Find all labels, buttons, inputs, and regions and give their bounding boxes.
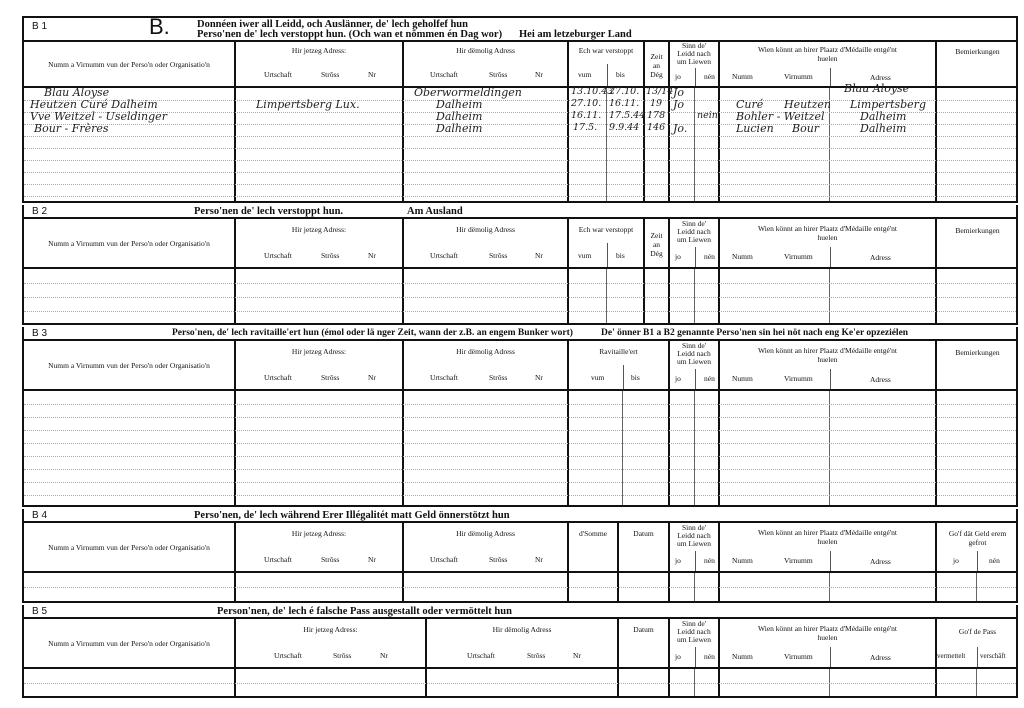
section-title-line2: Perso'nen de' lech verstoppt hun. (Och w…: [197, 29, 502, 40]
header-former-address: Hir dëmolig Adress Urtschaft Strôss Nr: [404, 341, 569, 389]
cell-days: 19: [650, 98, 662, 109]
header-name: Numm a Virnumm vun der Perso'n oder Orga…: [24, 341, 236, 389]
cell-yes: Jo.: [673, 122, 687, 135]
section-b5-body: [24, 667, 1016, 696]
cell-medal-last: Lucien: [736, 122, 774, 135]
header-date: Datum: [619, 523, 670, 571]
cell-former: Dalheim: [436, 122, 482, 135]
cell-from: 27.10.: [571, 98, 601, 109]
section-b5: B 5 Person'nen, de' lech é falsche Pass …: [22, 605, 1018, 698]
header-medal: Wien könnt an hirer Plaatz d'Médaille en…: [720, 523, 937, 571]
section-b5-titlebar: B 5 Person'nen, de' lech é falsche Pass …: [24, 605, 1016, 619]
header-days: Zeit an Dég: [645, 42, 670, 86]
section-id: B 4: [32, 510, 47, 521]
header-days: Zeit an Dég: [645, 219, 670, 267]
cell-from: 17.5.: [573, 122, 597, 133]
cell-days: 178: [647, 110, 665, 121]
header-name: Numm a Virnumm vun der Perso'n oder Orga…: [24, 523, 236, 571]
header-supplied-period: Ravitaille'ert vum bis: [569, 341, 670, 389]
header-name: Numm a Virnumm vun der Perso'n oder Orga…: [24, 219, 236, 267]
cell-current: Limpertsberg Lux.: [256, 98, 360, 111]
header-medal: Wien könnt an hirer Plaatz d'Médaille en…: [720, 219, 937, 267]
section-id: B 1: [32, 21, 47, 32]
section-b4: B 4 Perso'nen, de' lech während Erer Ill…: [22, 509, 1018, 603]
header-current-address: Hir jetzeg Adress: Urtschaft Strôss Nr: [236, 42, 404, 86]
section-title: Perso'nen, de' lech ravitaille'ert hun (…: [172, 328, 573, 338]
cell-yes: Jo: [673, 98, 684, 111]
section-b4-body: [24, 571, 1016, 601]
header-medal: Wien könnt an hirer Plaatz d'Médaille en…: [720, 619, 937, 667]
cell-medal-address: Blau Aloyse: [844, 82, 909, 95]
header-medal: Wien könnt an hirer Plaatz d'Médaille en…: [720, 42, 937, 86]
header-date: Datum: [619, 619, 670, 667]
cell-no: nein: [697, 110, 718, 121]
cell-days: 13/14: [646, 86, 673, 97]
header-remarks: Bemierkungen: [937, 219, 1018, 267]
cell-from: 13.10.43: [571, 86, 613, 97]
header-former-address: Hir dëmolig Adress Urtschaft Strôss Nr: [427, 619, 619, 667]
header-sum: d'Somme: [569, 523, 619, 571]
section-b3-titlebar: B 3 Perso'nen, de' lech ravitaille'ert h…: [24, 327, 1016, 341]
header-current-address: Hir jetzeg Adress: Urtschaft Strôss Nr: [236, 523, 404, 571]
cell-to: 16.11.: [609, 98, 639, 109]
header-alive: Sinn de' Leidd nach um Liewen jo nén: [670, 341, 720, 389]
cell-medal-address: Dalheim: [860, 122, 906, 135]
cell-from: 16.11.: [571, 110, 601, 121]
section-b1-titlebar: B 1 B. Donnéen iwer all Leidd, och Auslä…: [24, 18, 1016, 42]
header-current-address: Hir jetzeg Adress: Urtschaft Strôss Nr: [236, 219, 404, 267]
header-name: Numm a Virnumm vun der Perso'n oder Orga…: [24, 619, 236, 667]
cell-to: 9.9.44: [609, 122, 639, 133]
section-title: Perso'nen, de' lech während Erer Illégal…: [194, 510, 510, 521]
cell-to: 27.10.: [609, 86, 639, 97]
cell-to: 17.5.44: [609, 110, 645, 121]
header-alive: Sinn de' Leidd nach um Liewen jo nén: [670, 523, 720, 571]
section-title-right: De' önner B1 a B2 genannte Perso'nen sin…: [601, 328, 908, 338]
section-b1-body: Blau Aloyse Oberwormeldingen 13.10.43 27…: [24, 86, 1016, 201]
header-alive: Sinn de' Leidd nach um Liewen jo nén: [670, 219, 720, 267]
header-alive: Sinn de' Leidd nach um Liewen jo nén: [670, 42, 720, 86]
section-b3: B 3 Perso'nen, de' lech ravitaille'ert h…: [22, 327, 1018, 507]
section-id: B 2: [32, 206, 47, 217]
section-id: B 5: [32, 606, 47, 617]
form-letter: B.: [149, 14, 170, 40]
header-name: Numm a Virnumm vun der Perso'n oder Orga…: [24, 42, 236, 86]
section-title-right: Am Ausland: [407, 206, 463, 217]
section-b1: B 1 B. Donnéen iwer all Leidd, och Auslä…: [22, 16, 1018, 203]
header-pass-given: Go'f de Pass vermettelt verschâft: [937, 619, 1018, 667]
cell-days: 146: [647, 122, 665, 133]
section-title: Person'nen, de' lech é falsche Pass ausg…: [217, 606, 512, 617]
section-b4-titlebar: B 4 Perso'nen, de' lech während Erer Ill…: [24, 509, 1016, 523]
header-current-address: Hir jetzeg Adress: Urtschaft Strôss Nr: [236, 341, 404, 389]
section-b3-body: [24, 389, 1016, 505]
cell-medal-first: Bour: [792, 122, 819, 135]
section-title-right: Hei am letzeburger Land: [519, 29, 632, 40]
header-former-address: Hir dëmolig Adress Urtschaft Strôss Nr: [404, 219, 569, 267]
header-alive: Sinn de' Leidd nach um Liewen jo nén: [670, 619, 720, 667]
header-former-address: Hir dëmolig Adress Urtschaft Strôss Nr: [404, 42, 569, 86]
header-remarks: Bemierkungen: [937, 42, 1018, 86]
header-hidden-period: Ech war verstoppt vum bis: [569, 219, 645, 267]
section-b2: B 2 Perso'nen de' lech verstoppt hun. Am…: [22, 205, 1018, 325]
section-title: Perso'nen de' lech verstoppt hun.: [194, 206, 343, 217]
header-former-address: Hir dëmolig Adress Urtschaft Strôss Nr: [404, 523, 569, 571]
section-b2-body: [24, 267, 1016, 323]
header-remarks: Bemierkungen: [937, 341, 1018, 389]
header-current-address: Hir jetzeg Adress: Urtschaft Strôss Nr: [236, 619, 427, 667]
cell-name: Bour - Frères: [34, 122, 109, 135]
header-hidden-period: Ech war verstoppt vum bis: [569, 42, 645, 86]
section-id: B 3: [32, 328, 47, 339]
header-medal: Wien könnt an hirer Plaatz d'Médaille en…: [720, 341, 937, 389]
section-b2-titlebar: B 2 Perso'nen de' lech verstoppt hun. Am…: [24, 205, 1016, 219]
header-money-reclaimed: Go'f dät Geld erem gefrot jo nén: [937, 523, 1018, 571]
